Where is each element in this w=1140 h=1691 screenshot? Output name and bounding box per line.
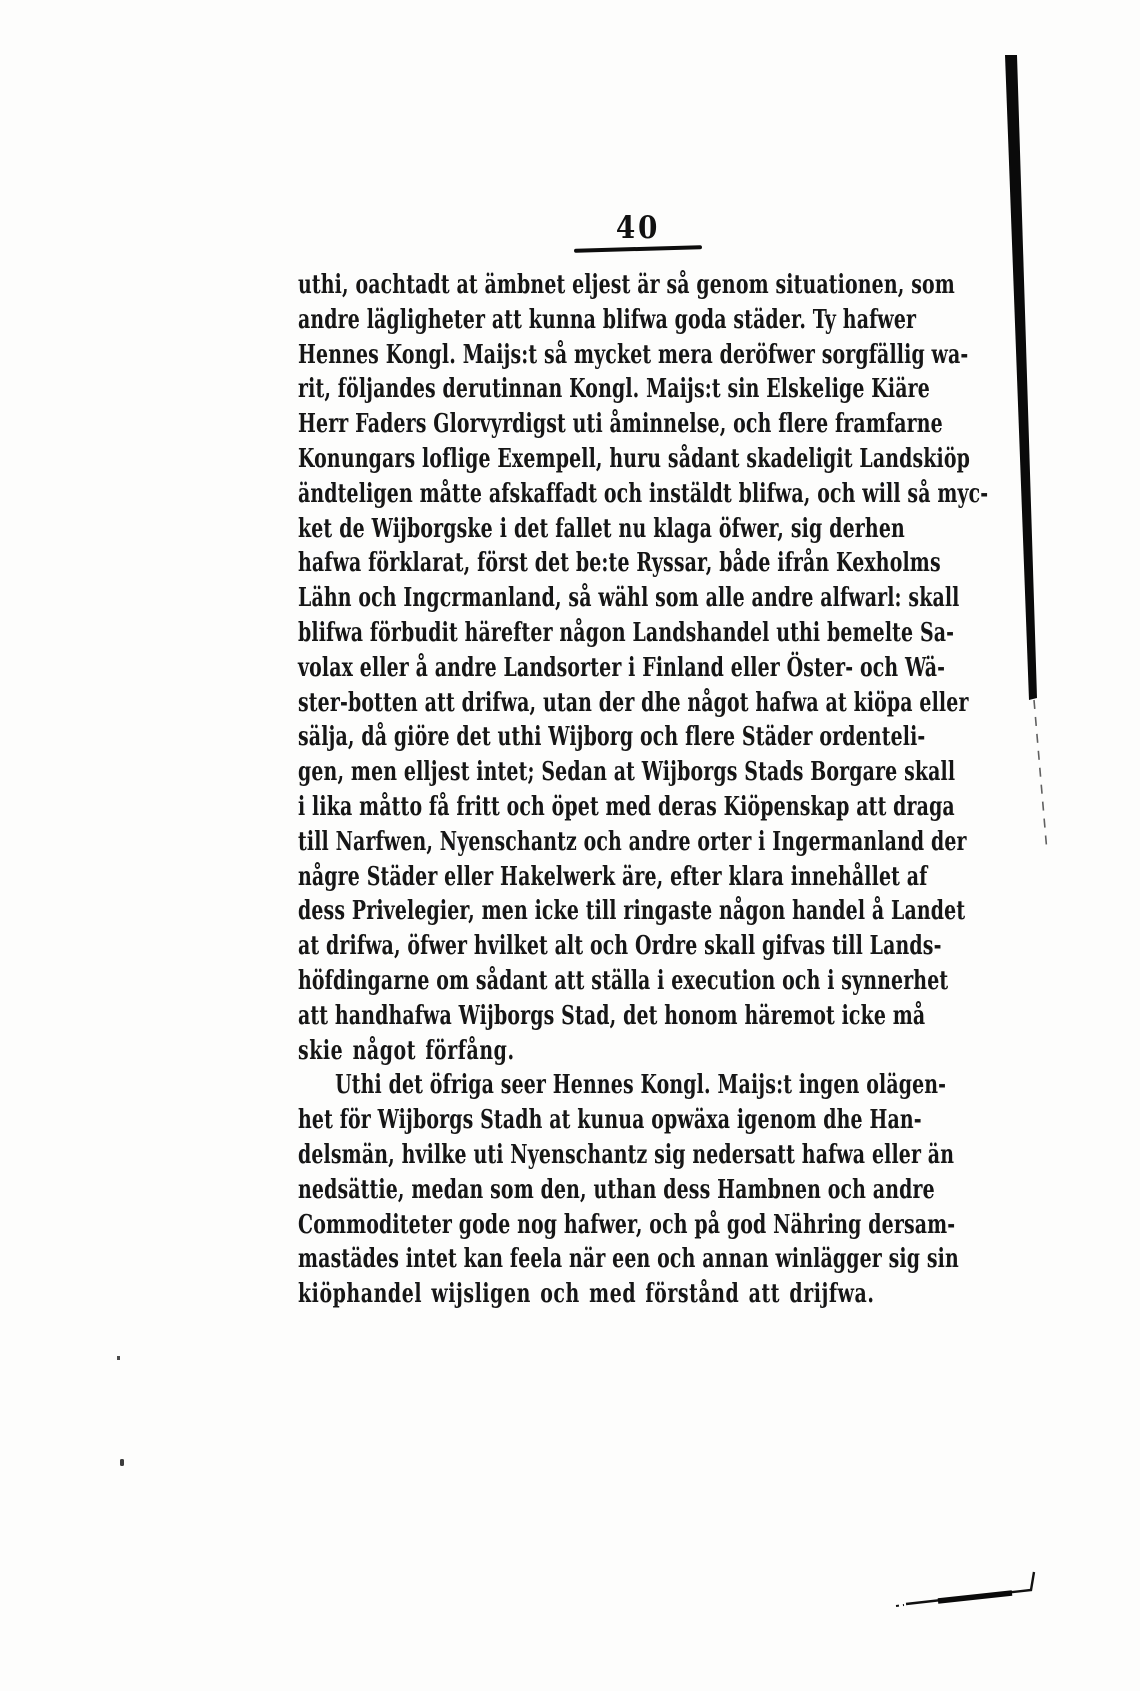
- text-line: kiöphandel wijsligen och med förstånd at…: [298, 1277, 905, 1312]
- page-number: 40: [584, 210, 692, 246]
- ink-speck: [120, 1459, 124, 1466]
- bottom-rule-lead-dots: [896, 1605, 904, 1606]
- paragraph: Uthi det öfriga seer Hennes Kongl. Maijs…: [298, 1068, 905, 1312]
- binding-shadow-dashes: [1034, 700, 1047, 852]
- text-line: at drifwa, öfwer hvilket alt och Ordre s…: [298, 929, 905, 964]
- text-line: att handhafwa Wijborgs Stad, det honom h…: [298, 999, 905, 1034]
- binding-shadow-line: [1005, 55, 1037, 700]
- text-line: skie något förfång.: [298, 1034, 905, 1069]
- ink-speck: [117, 1356, 120, 1360]
- text-line: uthi, oachtadt at ämbnet eljest är så ge…: [298, 268, 905, 303]
- text-line: dess Privelegier, men icke till ringaste…: [298, 894, 905, 929]
- text-line: Lähn och Ingcrmanland, så wähl som alle …: [298, 581, 905, 616]
- bottom-rule-heavy-segment: [938, 1593, 1012, 1601]
- text-line: ändteligen måtte afskaffadt och instäldt…: [298, 477, 905, 512]
- text-line: gen, men elljest intet; Sedan at Wijborg…: [298, 755, 905, 790]
- text-line: Konungars loflige Exempell, huru sådant …: [298, 442, 905, 477]
- text-line: hafwa förklarat, först det be:te Ryssar,…: [298, 546, 905, 581]
- text-line: blifwa förbudit härefter någon Landshand…: [298, 616, 905, 651]
- bottom-rule-line: [906, 1572, 1034, 1604]
- text-line: volax eller å andre Landsorter i Finland…: [298, 651, 905, 686]
- text-line: i lika måtto få fritt och öpet med deras…: [298, 790, 905, 825]
- text-line: mastädes intet kan feela när een och ann…: [298, 1242, 905, 1277]
- text-line: het för Wijborgs Stadh at kunua opwäxa i…: [298, 1103, 905, 1138]
- text-line: Commoditeter gode nog hafwer, och på god…: [298, 1208, 905, 1243]
- text-line: nedsättie, medan som den, uthan dess Ham…: [298, 1173, 905, 1208]
- scanned-book-page: 40 uthi, oachtadt at ämbnet eljest är så…: [0, 0, 1140, 1691]
- text-line: till Narfwen, Nyenschantz och andre orte…: [298, 825, 905, 860]
- text-line: delsmän, hvilke uti Nyenschantz sig nede…: [298, 1138, 905, 1173]
- paragraph: uthi, oachtadt at ämbnet eljest är så ge…: [298, 268, 905, 1068]
- text-block: uthi, oachtadt at ämbnet eljest är så ge…: [298, 268, 905, 1312]
- page-number-underline: [574, 245, 702, 253]
- text-line: ket de Wijborgske i det fallet nu klaga …: [298, 512, 905, 547]
- text-line: andre lägligheter att kunna blifwa goda …: [298, 303, 905, 338]
- text-line: höfdingarne om sådant att ställa i execu…: [298, 964, 905, 999]
- text-line: sälja, då giöre det uthi Wijborg och fle…: [298, 720, 905, 755]
- text-line: Uthi det öfriga seer Hennes Kongl. Maijs…: [298, 1068, 905, 1103]
- text-line: någre Städer eller Hakelwerk äre, efter …: [298, 860, 905, 895]
- text-line: rit, följandes derutinnan Kongl. Maijs:t…: [298, 372, 905, 407]
- text-line: ster-botten att drifwa, utan der dhe någ…: [298, 686, 905, 721]
- text-line: Herr Faders Glorvyrdigst uti åminnelse, …: [298, 407, 905, 442]
- text-line: Hennes Kongl. Maijs:t så mycket mera der…: [298, 338, 905, 373]
